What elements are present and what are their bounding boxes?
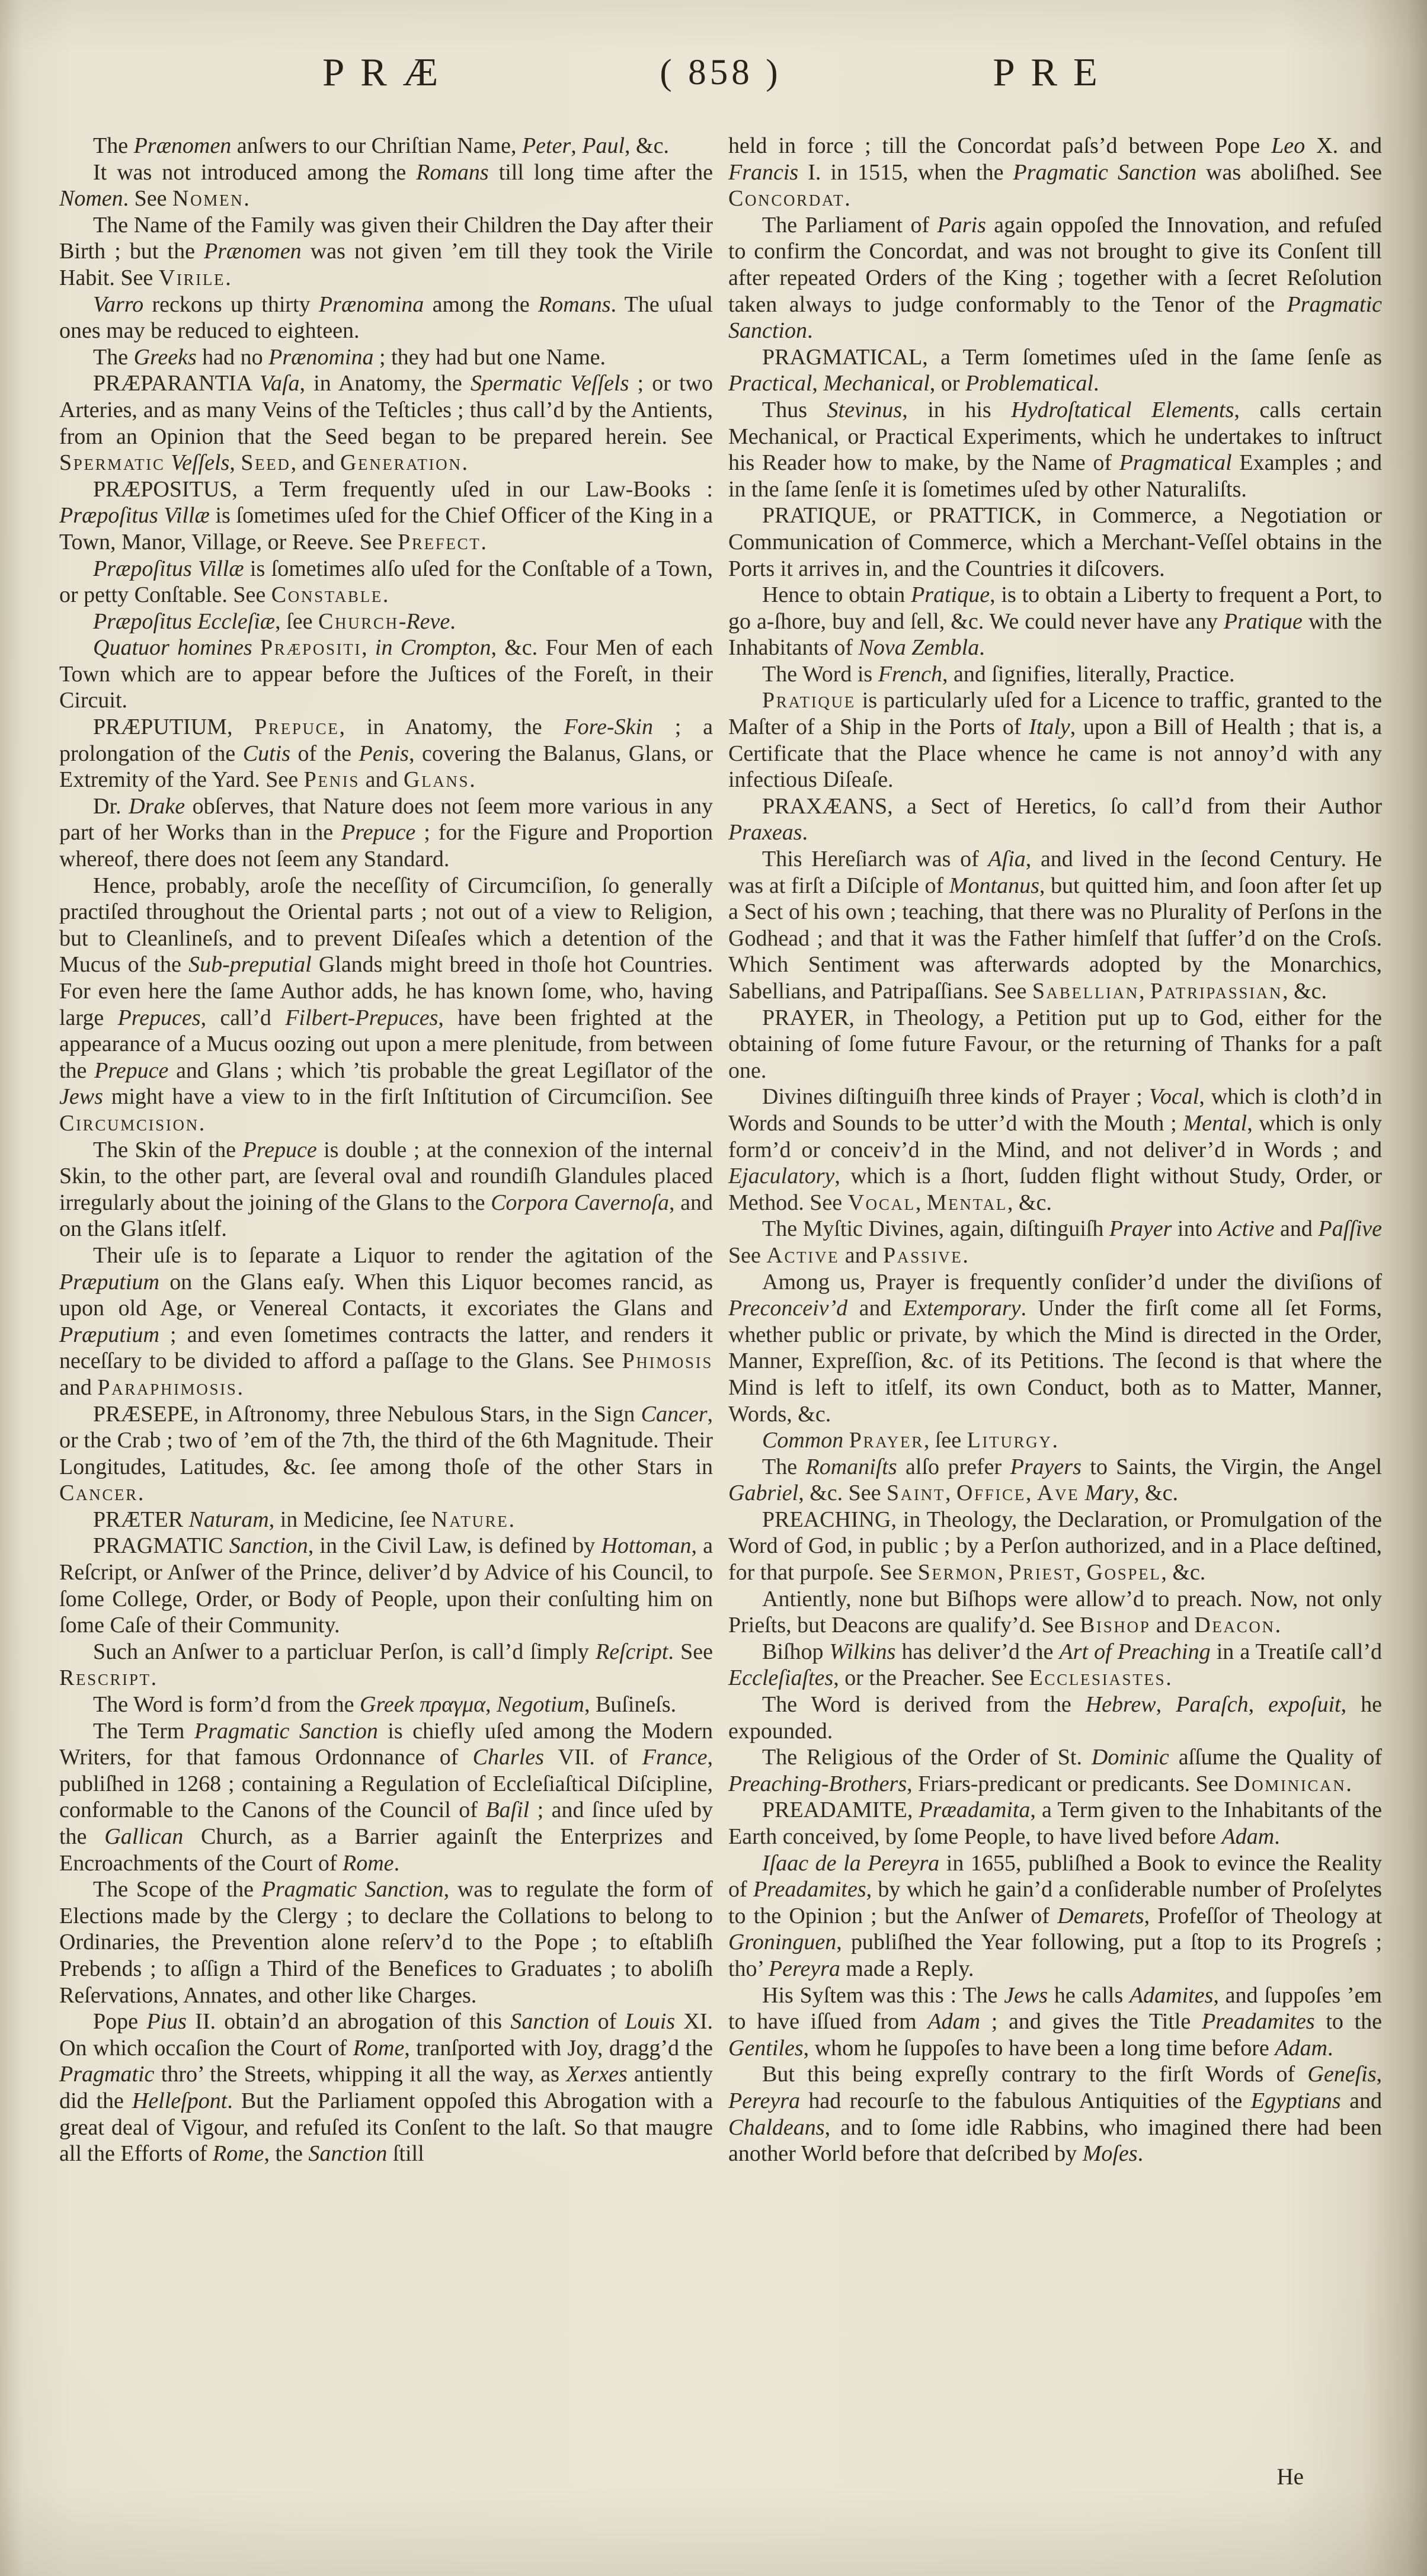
paragraph: Such an Anſwer to a particluar Perſon, i… (59, 1639, 713, 1691)
paragraph: PREADAMITE, Præadamita, a Term given to … (728, 1797, 1382, 1850)
paragraph: The Name of the Family was given their C… (59, 212, 713, 291)
paragraph: held in force ; till the Concordat paſs’… (728, 133, 1382, 212)
paragraph: Thus Stevinus, in his Hydroſtatical Elem… (728, 397, 1382, 502)
paragraph: The Skin of the Prepuce is double ; at t… (59, 1137, 713, 1242)
paragraph: The Term Pragmatic Sanction is chiefly u… (59, 1718, 713, 1877)
paragraph: Hence, probably, aroſe the neceſſity of … (59, 873, 713, 1137)
paragraph: Iſaac de la Pereyra in 1655, publiſhed a… (728, 1850, 1382, 1982)
paragraph: Pope Pius II. obtain’d an abrogation of … (59, 2008, 713, 2167)
paragraph: But this being expreſly contrary to the … (728, 2061, 1382, 2167)
paragraph: The Religious of the Order of St. Domini… (728, 1744, 1382, 1797)
paragraph: The Myſtic Divines, again, diſtinguiſh P… (728, 1216, 1382, 1268)
paragraph: PRAXÆANS, a Sect of Heretics, ſo call’d … (728, 793, 1382, 846)
running-head: PRÆ ( 858 ) PRE (59, 50, 1382, 115)
paragraph: The Prænomen anſwers to our Chriſtian Na… (59, 133, 713, 159)
paragraph: The Word is derived from the Hebrew, Par… (728, 1691, 1382, 1744)
paragraph: PRÆTER Naturam, in Medicine, ſee Nature. (59, 1507, 713, 1533)
paragraph: His Syſtem was this : The Jews he calls … (728, 1982, 1382, 2062)
paragraph: Among us, Prayer is frequently conſider’… (728, 1269, 1382, 1428)
paragraph: Hence to obtain Pratique, is to obtain a… (728, 582, 1382, 661)
paragraph: Common Prayer, ſee Liturgy. (728, 1427, 1382, 1454)
text-block: The Prænomen anſwers to our Chriſtian Na… (59, 133, 1382, 2544)
paragraph: PRAGMATICAL, a Term ſometimes uſed in th… (728, 344, 1382, 397)
paragraph: PRAGMATIC Sanction, in the Civil Law, is… (59, 1533, 713, 1638)
paragraph: Præpoſitus Eccleſiæ, ſee Church-Reve. (59, 608, 713, 635)
paragraph: PRÆPARANTIA Vaſa, in Anatomy, the Sperma… (59, 370, 713, 476)
paragraph: The Word is French, and ſignifies, liter… (728, 661, 1382, 688)
paragraph: PRÆSEPE, in Aſtronomy, three Nebulous St… (59, 1401, 713, 1507)
paragraph: The Word is form’d from the Greek πραγμα… (59, 1691, 713, 1718)
paragraph: PRATIQUE, or PRATTICK, in Commerce, a Ne… (728, 502, 1382, 582)
paragraph: Biſhop Wilkins has deliver’d the Art of … (728, 1639, 1382, 1691)
paragraph: This Hereſiarch was of Aſia, and lived i… (728, 846, 1382, 1005)
paragraph: It was not introduced among the Romans t… (59, 159, 713, 212)
paragraph: PREACHING, in Theology, the Declaration,… (728, 1507, 1382, 1586)
paragraph: Their uſe is to ſeparate a Liquor to ren… (59, 1242, 713, 1401)
paragraph: Divines diſtinguiſh three kinds of Praye… (728, 1084, 1382, 1216)
paragraph: Varro reckons up thirty Prænomina among … (59, 291, 713, 344)
column-left: The Prænomen anſwers to our Chriſtian Na… (59, 133, 713, 2544)
column-right: held in force ; till the Concordat paſs’… (728, 133, 1382, 2544)
catchword: He (1277, 2463, 1304, 2490)
guide-word-right: PRE (724, 50, 1382, 95)
paragraph: The Romaniſts alſo prefer Prayers to Sai… (728, 1454, 1382, 1507)
paragraph: PRÆPOSITUS, a Term frequently uſed in ou… (59, 476, 713, 556)
paragraph: Dr. Drake obſerves, that Nature does not… (59, 793, 713, 873)
paragraph: Antiently, none but Biſhops were allow’d… (728, 1586, 1382, 1639)
paragraph: The Greeks had no Prænomina ; they had b… (59, 344, 713, 371)
paragraph: PRAYER, in Theology, a Petition put up t… (728, 1005, 1382, 1084)
paragraph: Pratique is particularly uſed for a Lice… (728, 687, 1382, 793)
paragraph: The Parliament of Paris again oppoſed th… (728, 212, 1382, 344)
paragraph: Quatuor homines Præpositi, in Crompton, … (59, 635, 713, 714)
paragraph: The Scope of the Pragmatic Sanction, was… (59, 1876, 713, 2008)
paragraph: PRÆPUTIUM, Prepuce, in Anatomy, the Fore… (59, 714, 713, 793)
book-page-scan: PRÆ ( 858 ) PRE The Prænomen anſwers to … (0, 0, 1427, 2576)
paragraph: Præpoſitus Villæ is ſometimes alſo uſed … (59, 556, 713, 608)
